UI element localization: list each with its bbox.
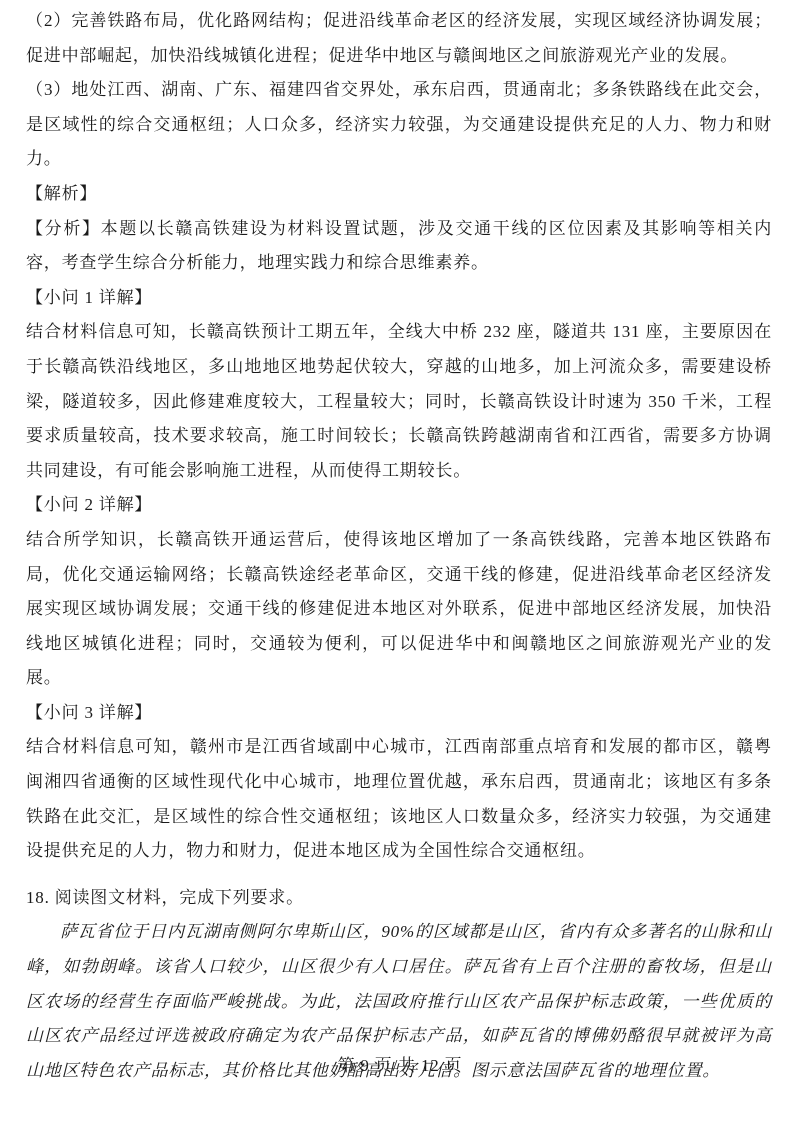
page-content: （2）完善铁路布局，优化路网结构；促进沿线革命老区的经济发展，实现区域经济协调发…: [26, 4, 772, 1088]
subquestion-1-explanation: 结合材料信息可知，长赣高铁预计工期五年，全线大中桥 232 座，隧道共 131 …: [26, 315, 772, 488]
answer-point-2: （2）完善铁路布局，优化路网结构；促进沿线革命老区的经济发展，实现区域经济协调发…: [26, 4, 772, 73]
analysis-paragraph: 【分析】本题以长赣高铁建设为材料设置试题，涉及交通干线的区位因素及其影响等相关内…: [26, 212, 772, 281]
analysis-section-label: 【解析】: [26, 177, 772, 212]
exam-answer-page: （2）完善铁路布局，优化路网结构；促进沿线革命老区的经济发展，实现区域经济协调发…: [0, 0, 800, 1127]
subquestion-2-explanation: 结合所学知识，长赣高铁开通运营后，使得该地区增加了一条高铁线路，完善本地区铁路布…: [26, 523, 772, 696]
answer-point-3: （3）地处江西、湖南、广东、福建四省交界处，承东启西，贯通南北；多条铁路线在此交…: [26, 73, 772, 177]
subquestion-3-label: 【小问 3 详解】: [26, 696, 772, 731]
question-18-stem: 18. 阅读图文材料，完成下列要求。: [26, 881, 772, 916]
subquestion-3-explanation: 结合材料信息可知，赣州市是江西省域副中心城市，江西南部重点培育和发展的都市区，赣…: [26, 730, 772, 868]
page-footer: 第 9 页/共 12 页: [0, 1051, 800, 1076]
subquestion-1-label: 【小问 1 详解】: [26, 281, 772, 316]
page-number-indicator: 第 9 页/共 12 页: [338, 1056, 463, 1075]
subquestion-2-label: 【小问 2 详解】: [26, 488, 772, 523]
